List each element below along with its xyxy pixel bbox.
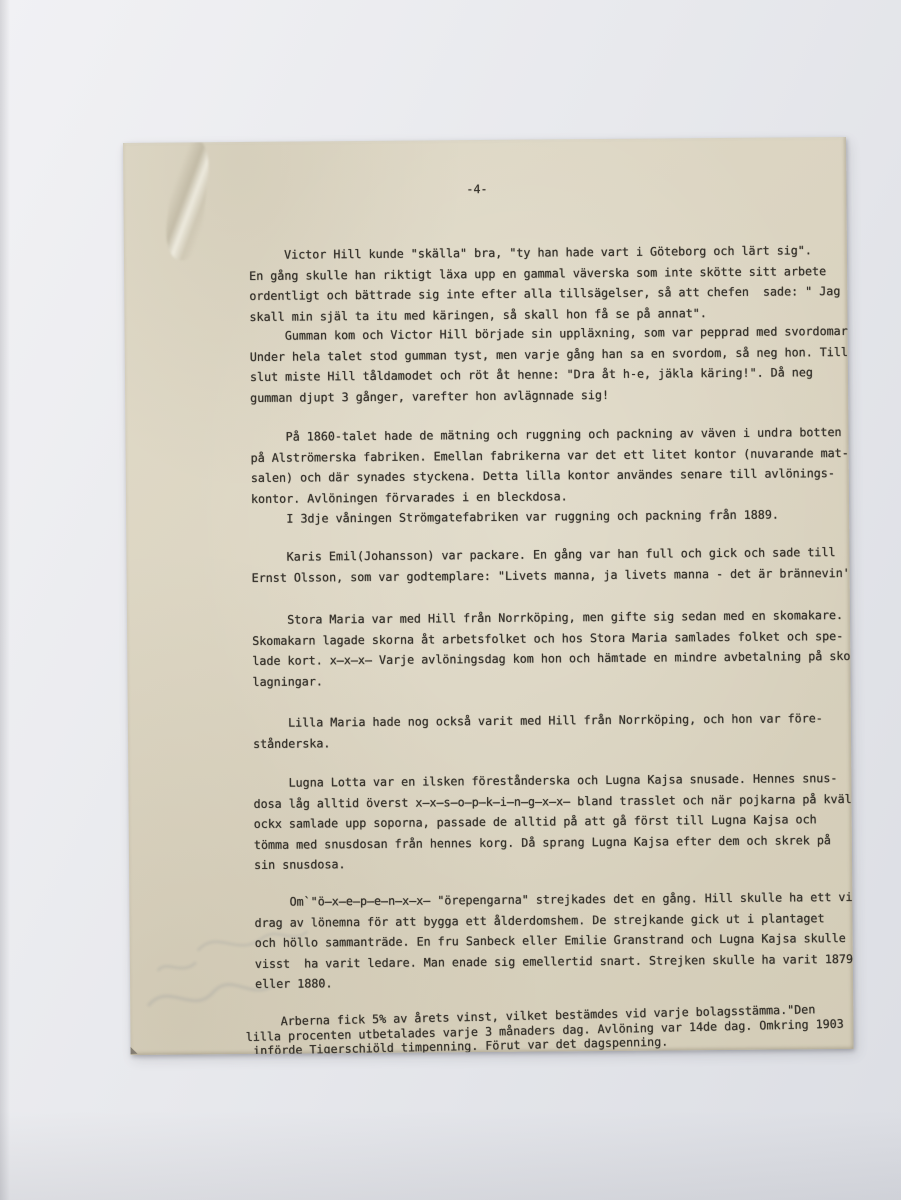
paragraph-gumman: Gumman kom och Victor Hill började sin u… xyxy=(250,321,849,408)
paper-crease-topleft xyxy=(163,137,213,262)
paragraph-victor-hill: Victor Hill kunde "skälla" bra, "ty han … xyxy=(249,240,841,327)
photo-background: -4- Victor Hill kunde "skälla" bra, "ty … xyxy=(0,0,901,1200)
paper-corner-nick xyxy=(130,1046,138,1054)
paragraph-stora-maria: Stora Maria var med Hill från Norrköping… xyxy=(252,605,854,692)
paragraph-lilla-maria: Lilla Maria hade nog också varit med Hil… xyxy=(253,708,823,754)
paragraph-arberna-vinst: Arberna fick 5% av årets vinst, vilket b… xyxy=(245,1002,844,1055)
document-page: -4- Victor Hill kunde "skälla" bra, "ty … xyxy=(123,137,854,1055)
photo-bottom-shadow xyxy=(0,1110,901,1200)
paragraph-karis-emil: Karis Emil(Johansson) var packare. En gå… xyxy=(251,542,849,588)
paragraph-orepengarna-strejk: Om`"ö̶x̶e̶p̶e̶n̶x̶x̶ "örepengarna" strej… xyxy=(254,887,853,995)
paragraph-lugna-lotta: Lugna Lotta var en ilsken förestånderska… xyxy=(253,768,853,876)
paragraph-1860-talet: På 1860-talet hade de mätning och ruggni… xyxy=(250,422,849,530)
photo-left-edge-shadow xyxy=(0,0,10,1200)
page-number: -4- xyxy=(466,182,487,196)
